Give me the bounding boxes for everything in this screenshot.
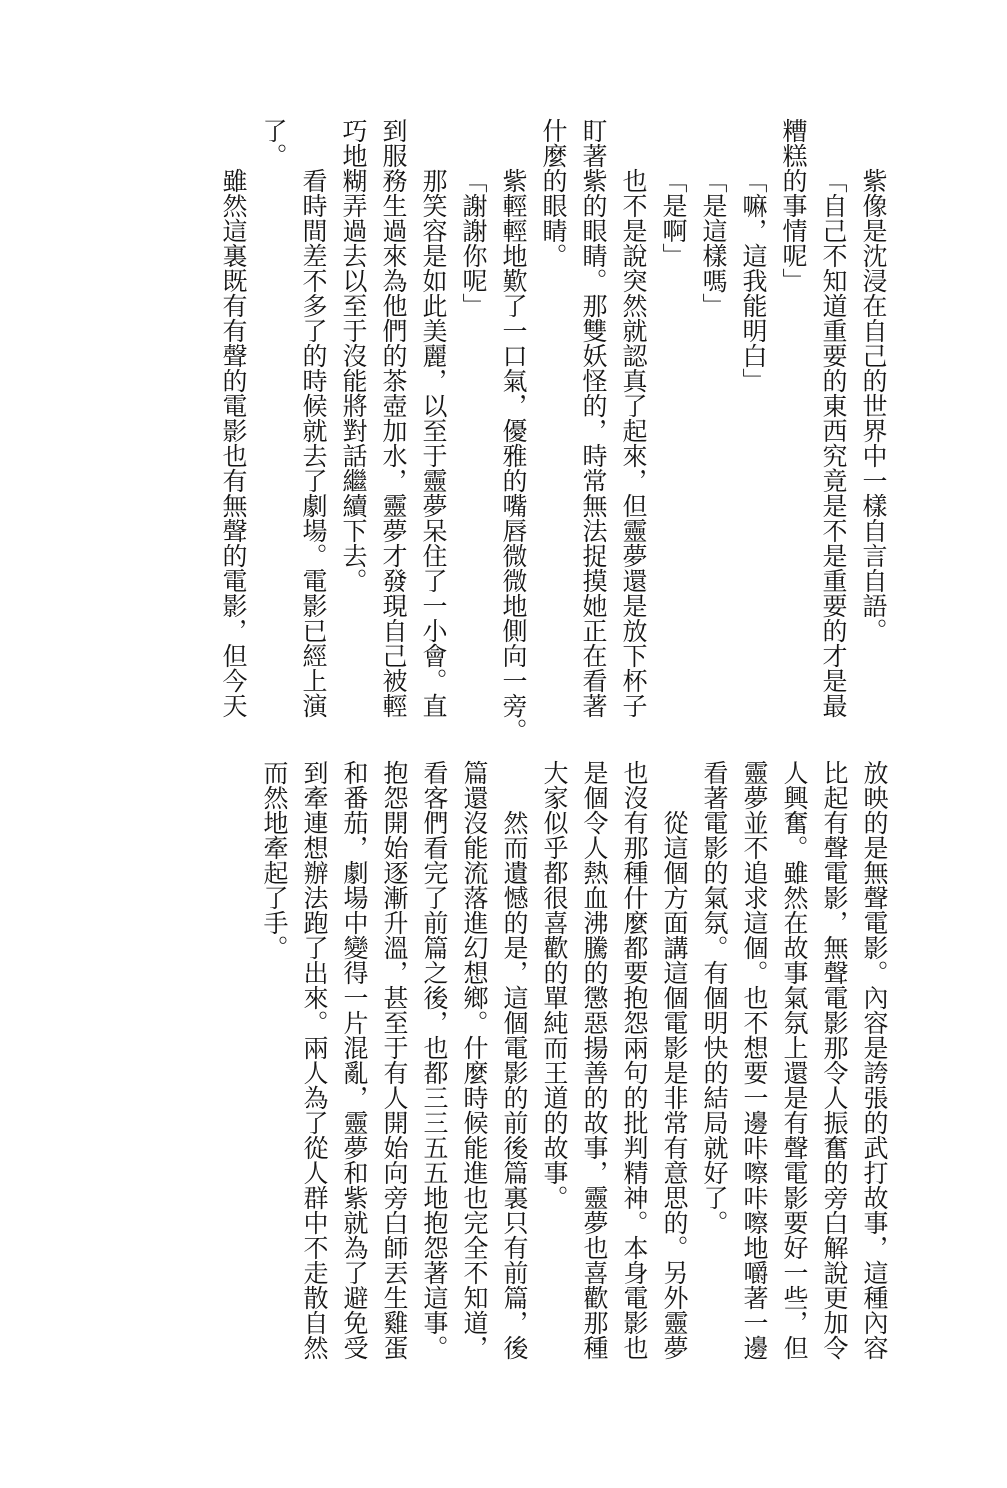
- text-column: 大家似乎都很喜歡的單純而王道的故事。: [533, 760, 573, 1380]
- text-column: 放映的是無聲電影。內容是誇張的武打故事，這種內容: [853, 760, 893, 1380]
- text-column: 靈夢並不追求這個。也不想要一邊咔嚓咔嚓地嚼著一邊: [733, 760, 773, 1380]
- text-block-top: 紫像是沈浸在自己的世界中一樣自言自語。 「自己不知道重要的東西究竟是不是重要的才…: [212, 118, 892, 738]
- text-column: 紫像是沈浸在自己的世界中一樣自言自語。: [852, 118, 892, 738]
- text-column: 那笑容是如此美麗，以至于靈夢呆住了一小會。直: [412, 118, 452, 738]
- text-column: 了。: [252, 118, 292, 738]
- text-column: 也沒有那種什麼都要抱怨兩句的批判精神。本身電影也: [613, 760, 653, 1380]
- text-column: 而然地牽起了手。: [253, 760, 293, 1380]
- text-column: 什麼的眼睛。: [532, 118, 572, 738]
- text-column: 「嘛，這我能明白」: [732, 118, 772, 738]
- text-column: 「是這樣嗎」: [692, 118, 732, 738]
- text-column: 比起有聲電影，無聲電影那令人振奮的旁白解說更加令: [813, 760, 853, 1380]
- text-column: 盯著紫的眼睛。那雙妖怪的，時常無法捉摸她正在看著: [572, 118, 612, 738]
- text-block-bottom: 放映的是無聲電影。內容是誇張的武打故事，這種內容 比起有聲電影，無聲電影那令人振…: [253, 760, 893, 1380]
- text-column: 看客們看完了前篇之後，也都三三五五地抱怨著這事。: [413, 760, 453, 1380]
- text-column: 到服務生過來為他們的茶壺加水，靈夢才發現自己被輕: [372, 118, 412, 738]
- text-column: 到牽連想辦法跑了出來。兩人為了從人群中不走散自然: [293, 760, 333, 1380]
- text-column: 「自己不知道重要的東西究竟是不是重要的才是最: [812, 118, 852, 738]
- text-column: 看時間差不多了的時候就去了劇場。電影已經上演: [292, 118, 332, 738]
- text-column: 是個令人熱血沸騰的懲惡揚善的故事，靈夢也喜歡那種: [573, 760, 613, 1380]
- text-column: 「謝謝你呢」: [452, 118, 492, 738]
- text-column: 抱怨開始逐漸升溫，甚至于有人開始向旁白師丟生雞蛋: [373, 760, 413, 1380]
- text-column: 篇還沒能流落進幻想鄉。什麼時候能進也完全不知道，: [453, 760, 493, 1380]
- text-column: 糟糕的事情呢」: [772, 118, 812, 738]
- text-column: 然而遺憾的是，這個電影的前後篇裏只有前篇，後: [493, 760, 533, 1380]
- text-column: 雖然這裏既有有聲的電影也有無聲的電影，但今天: [212, 118, 252, 738]
- text-column: 「是啊」: [652, 118, 692, 738]
- text-column: 也不是說突然就認真了起來，但靈夢還是放下杯子: [612, 118, 652, 738]
- text-column: 看著電影的氣氛。有個明快的結局就好了。: [693, 760, 733, 1380]
- text-column: 巧地糊弄過去以至于沒能將對話繼續下去。: [332, 118, 372, 738]
- text-column: 紫輕輕地歎了一口氣，優雅的嘴唇微微地側向一旁。: [492, 118, 532, 738]
- text-column: 和番茄，劇場中變得一片混亂，靈夢和紫就為了避免受: [333, 760, 373, 1380]
- text-column: 從這個方面講這個電影是非常有意思的。另外靈夢: [653, 760, 693, 1380]
- book-page: 紫像是沈浸在自己的世界中一樣自言自語。 「自己不知道重要的東西究竟是不是重要的才…: [0, 0, 1007, 1488]
- text-column: 人興奮。雖然在故事氣氛上還是有聲電影要好一些，但: [773, 760, 813, 1380]
